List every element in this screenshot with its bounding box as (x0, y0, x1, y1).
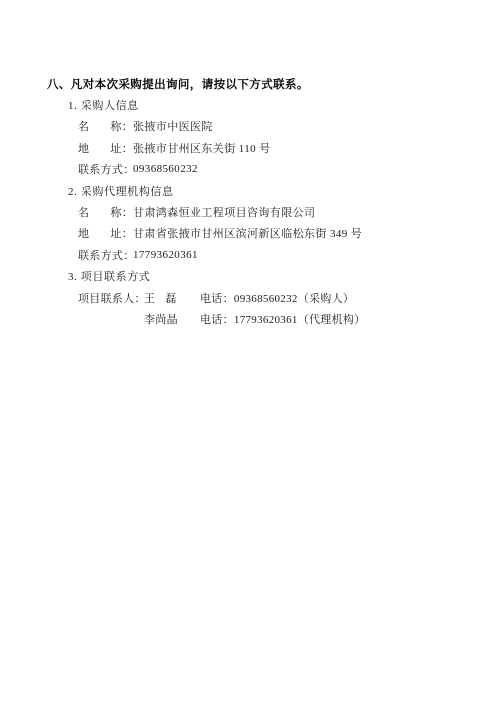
section-1-title: 1. 采购人信息 (68, 94, 500, 115)
contact-name: 李尚晶 (144, 311, 200, 327)
agency-address-row: 地址：甘肃省张掖市甘州区滨河新区临松东街 349 号 (78, 223, 500, 244)
section-2-title: 2. 采购代理机构信息 (68, 180, 500, 201)
info-label-part: 名 (78, 118, 89, 134)
info-label-part: 地 (78, 140, 89, 156)
agency-phone-value: 17793620361 (133, 249, 198, 261)
info-label-part: 称： (110, 118, 133, 134)
agency-name-row: 名称：甘肃鸿森恒业工程项目咨询有限公司 (78, 201, 500, 222)
contact-name-part: 磊 (165, 290, 176, 306)
info-label-part: 址： (110, 225, 133, 241)
contact-label: 项目联系人： (78, 290, 144, 306)
contact-row-purchaser: 项目联系人：王磊电话：09368560232（采购人） (78, 287, 500, 308)
contact-name: 王磊 (144, 290, 200, 306)
purchaser-address-row: 地址：张掖市甘州区东关街 110 号 (78, 137, 500, 158)
section-3-title: 3. 项目联系方式 (68, 266, 500, 287)
purchaser-name-value: 张掖市中医医院 (133, 118, 213, 134)
info-label-part: 联系方式： (78, 247, 135, 263)
info-label: 名称： (78, 118, 133, 134)
purchaser-address-value: 张掖市甘州区东关街 110 号 (133, 140, 271, 156)
info-label: 地址： (78, 140, 133, 156)
info-label-part: 址： (110, 140, 133, 156)
purchaser-phone-value: 09368560232 (133, 163, 198, 175)
info-label: 联系方式： (78, 247, 133, 263)
agency-address-value: 甘肃省张掖市甘州区滨河新区临松东街 349 号 (133, 225, 362, 241)
contact-phone: 电话：09368560232（采购人） (200, 290, 354, 306)
purchaser-phone-row: 联系方式：09368560232 (78, 159, 500, 180)
document-content: 八、凡对本次采购提出询问，请按以下方式联系。 1. 采购人信息 名称：张掖市中医… (0, 73, 500, 330)
info-label-part: 地 (78, 225, 89, 241)
agency-phone-row: 联系方式：17793620361 (78, 244, 500, 265)
info-label-part: 名 (78, 204, 89, 220)
agency-name-value: 甘肃鸿森恒业工程项目咨询有限公司 (133, 204, 315, 220)
section-heading: 八、凡对本次采购提出询问，请按以下方式联系。 (47, 73, 500, 94)
contact-name-part: 王 (144, 290, 155, 306)
contact-row-agency: 李尚晶电话：17793620361（代理机构） (78, 308, 500, 329)
contact-name-part: 李尚晶 (144, 311, 178, 327)
info-label: 名称： (78, 204, 133, 220)
info-label-part: 称： (110, 204, 133, 220)
contact-phone: 电话：17793620361（代理机构） (200, 311, 366, 327)
info-label: 地址： (78, 225, 133, 241)
info-label: 联系方式： (78, 161, 133, 177)
info-label-part: 联系方式： (78, 161, 135, 177)
purchaser-name-row: 名称：张掖市中医医院 (78, 116, 500, 137)
document-page: 八、凡对本次采购提出询问，请按以下方式联系。 1. 采购人信息 名称：张掖市中医… (0, 0, 500, 706)
